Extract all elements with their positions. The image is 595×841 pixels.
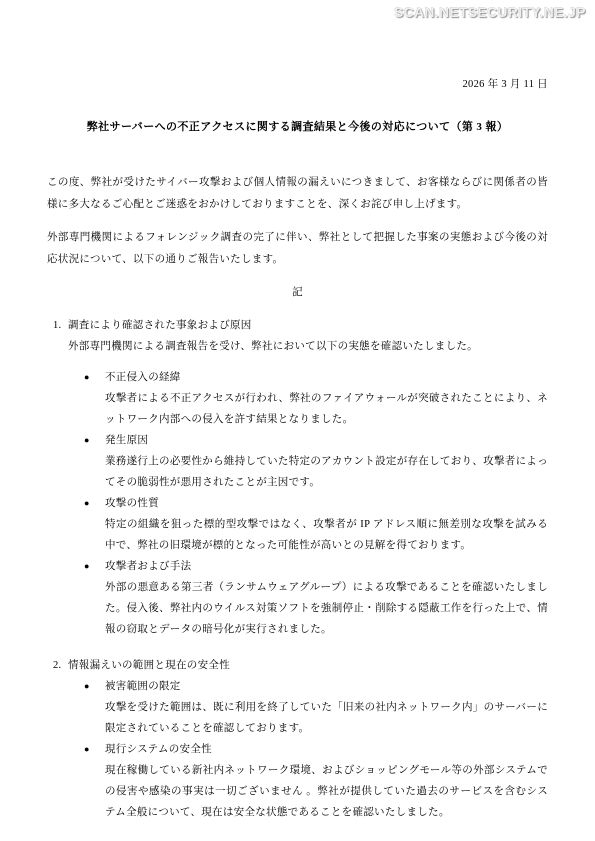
bullet-icon: ● — [84, 556, 90, 577]
section-lead-text: 外部専門機関による調査報告を受け、弊社において以下の実態を確認いたしました。 — [68, 336, 548, 357]
document-content: 2026 年 3 月 11 日 弊社サーバーへの不正アクセスに関する調査結果と今… — [0, 74, 595, 823]
intro-paragraph-report: 外部専門機関によるフォレンジック調査の完了に伴い、弊社として把握した事案の実態お… — [47, 227, 548, 271]
list-item-intrusion-history: ● 不正侵入の経緯 攻撃者による不正アクセスが行われ、弊社のファイアウォールが突… — [47, 367, 548, 430]
bullet-body: 攻撃を受けた範囲は、既に利用を終了していた「旧来の社内ネットワーク内」のサーバー… — [105, 697, 548, 739]
bullet-body: 攻撃者による不正アクセスが行われ、弊社のファイアウォールが突破されたことにより、… — [105, 388, 548, 430]
section-leak-scope-safety: 2. 情報漏えいの範囲と現在の安全性 ● 被害範囲の限定 攻撃を受けた範囲は、既… — [47, 655, 548, 823]
bullet-icon: ● — [84, 430, 90, 451]
bullet-body: 外部の悪意ある第三者（ランサムウェアグループ）による攻撃であることを確認いたしま… — [105, 577, 548, 640]
bullet-heading: 攻撃者および手法 — [105, 556, 548, 577]
document-page: SCAN.NETSECURITY.NE.JP 2026 年 3 月 11 日 弊… — [0, 0, 595, 841]
bullet-icon: ● — [84, 676, 90, 697]
list-item-root-cause: ● 発生原因 業務遂行上の必要性から維持していた特定のアカウント設定が存在してお… — [47, 430, 548, 493]
list-item-current-system-safety: ● 現行システムの安全性 現在稼働している新社内ネットワーク環境、およびショッピ… — [47, 739, 548, 823]
section-heading: 情報漏えいの範囲と現在の安全性 — [68, 655, 548, 676]
bullet-heading: 発生原因 — [105, 430, 548, 451]
bullet-heading: 被害範囲の限定 — [105, 676, 548, 697]
section-investigation-results: 1. 調査により確認された事象および原因 外部専門機関による調査報告を受け、弊社… — [47, 315, 548, 640]
bullet-heading: 攻撃の性質 — [105, 493, 548, 514]
intro-paragraph-apology: この度、弊社が受けたサイバー攻撃および個人情報の漏えいにつきまして、お客様ならび… — [47, 172, 548, 216]
section-heading-row: 2. 情報漏えいの範囲と現在の安全性 — [47, 655, 548, 676]
section-heading: 調査により確認された事象および原因 — [68, 315, 548, 336]
bullet-icon: ● — [84, 493, 90, 514]
record-marker: 記 — [47, 282, 548, 304]
section-number: 1. — [47, 315, 68, 336]
site-watermark: SCAN.NETSECURITY.NE.JP — [394, 5, 586, 20]
document-title: 弊社サーバーへの不正アクセスに関する調査結果と今後の対応について（第 3 報） — [47, 116, 548, 138]
bullet-body: 現在稼働している新社内ネットワーク環境、およびショッピングモール等の外部システム… — [105, 760, 548, 823]
list-item-attacker-method: ● 攻撃者および手法 外部の悪意ある第三者（ランサムウェアグループ）による攻撃で… — [47, 556, 548, 640]
bullet-heading: 現行システムの安全性 — [105, 739, 548, 760]
bullet-body: 特定の組織を狙った標的型攻撃ではなく、攻撃者が IP アドレス順に無差別な攻撃を… — [105, 514, 548, 556]
document-date: 2026 年 3 月 11 日 — [47, 74, 548, 96]
bullet-list: ● 被害範囲の限定 攻撃を受けた範囲は、既に利用を終了していた「旧来の社内ネット… — [47, 676, 548, 823]
list-item-attack-nature: ● 攻撃の性質 特定の組織を狙った標的型攻撃ではなく、攻撃者が IP アドレス順… — [47, 493, 548, 556]
bullet-icon: ● — [84, 367, 90, 388]
bullet-body: 業務遂行上の必要性から維持していた特定のアカウント設定が存在しており、攻撃者によ… — [105, 451, 548, 493]
bullet-heading: 不正侵入の経緯 — [105, 367, 548, 388]
bullet-list: ● 不正侵入の経緯 攻撃者による不正アクセスが行われ、弊社のファイアウォールが突… — [47, 367, 548, 640]
list-item-damage-scope: ● 被害範囲の限定 攻撃を受けた範囲は、既に利用を終了していた「旧来の社内ネット… — [47, 676, 548, 739]
section-heading-row: 1. 調査により確認された事象および原因 — [47, 315, 548, 336]
bullet-icon: ● — [84, 739, 90, 760]
section-number: 2. — [47, 655, 68, 676]
